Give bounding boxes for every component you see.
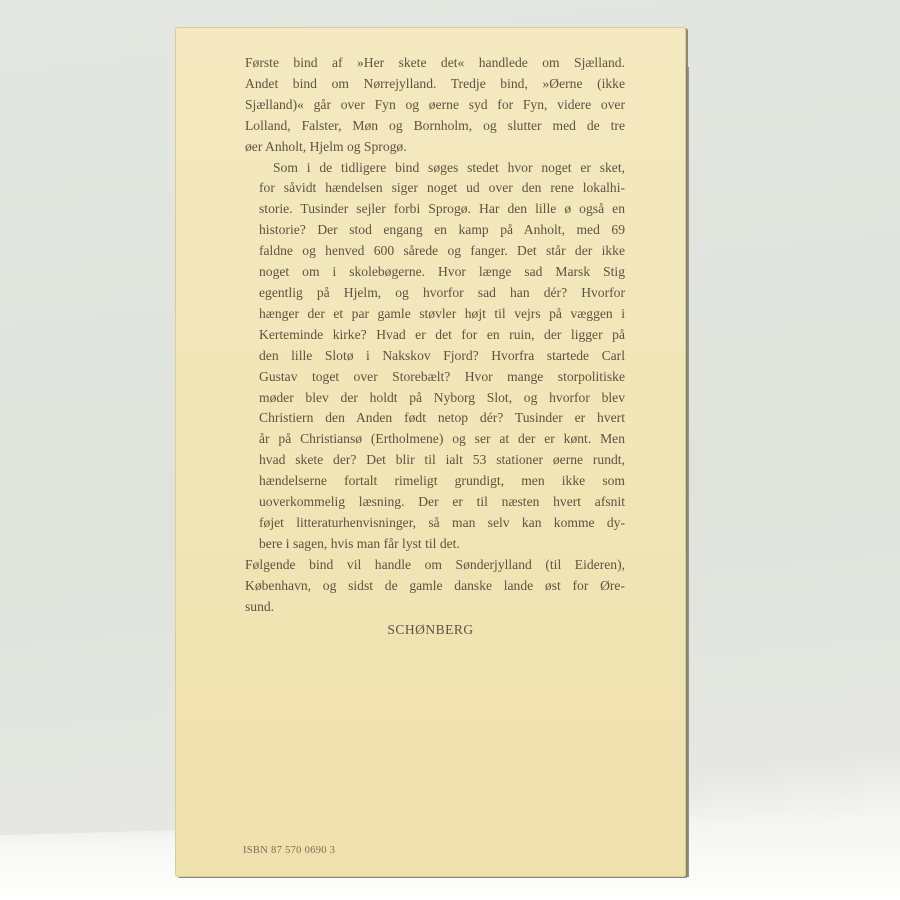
text-line: uoverkommelig læsning. Der er til næsten… (245, 492, 625, 513)
text-line: faldne og henved 600 sårede og fanger. D… (245, 241, 625, 262)
text-line: hænger der et par gamle støvler højt til… (245, 304, 625, 325)
publisher-name: SCHØNBERG (175, 622, 686, 638)
book-back-cover: Første bind af »Her skete det« handlede … (175, 27, 686, 877)
blurb-text: Første bind af »Her skete det« handlede … (245, 53, 625, 617)
text-line: Gustav toget over Storebælt? Hvor mange … (245, 367, 625, 388)
paragraph-intro: Første bind af »Her skete det« handlede … (245, 53, 625, 158)
text-line: hvad skete der? Det blir til ialt 53 sta… (245, 450, 625, 471)
text-line: møder blev der holdt på Nyborg Slot, og … (245, 388, 625, 409)
text-line: sund. (245, 597, 625, 618)
paragraph-next-volumes: Følgende bind vil handle om Sønderjyllan… (245, 555, 625, 618)
text-line: historie? Der stod engang en kamp på Anh… (245, 220, 625, 241)
text-line: år på Christiansø (Ertholmene) og ser at… (245, 429, 625, 450)
text-line: Kerteminde kirke? Hvad er det for en rui… (245, 325, 625, 346)
paragraph-body: Som i de tidligere bind søges stedet hvo… (245, 158, 625, 555)
text-line: føjet litteraturhenvisninger, så man sel… (245, 513, 625, 534)
text-line: Christiern den Anden født netop dér? Tus… (245, 408, 625, 429)
text-line: øer Anholt, Hjelm og Sprogø. (245, 137, 625, 158)
text-line: København, og sidst de gamle danske land… (245, 576, 625, 597)
text-line: Som i de tidligere bind søges stedet hvo… (245, 158, 625, 179)
isbn-number: ISBN 87 570 0690 3 (243, 845, 335, 856)
text-line: Sjælland)« går over Fyn og øerne syd for… (245, 95, 625, 116)
text-line: egentlig på Hjelm, og hvorfor sad han dé… (245, 283, 625, 304)
text-line: Følgende bind vil handle om Sønderjyllan… (245, 555, 625, 576)
text-line: den lille Slotø i Nakskov Fjord? Hvorfra… (245, 346, 625, 367)
text-line: storie. Tusinder sejler forbi Sprogø. Ha… (245, 199, 625, 220)
text-line: bere i sagen, hvis man får lyst til det. (245, 534, 625, 555)
text-line: Andet bind om Nørrejylland. Tredje bind,… (245, 74, 625, 95)
text-line: noget om i skolebøgerne. Hvor længe sad … (245, 262, 625, 283)
text-line: Første bind af »Her skete det« handlede … (245, 53, 625, 74)
text-line: Lolland, Falster, Møn og Bornholm, og sl… (245, 116, 625, 137)
text-line: for såvidt hændelsen siger noget ud over… (245, 178, 625, 199)
text-line: hændelserne fortalt rimeligt grundigt, m… (245, 471, 625, 492)
